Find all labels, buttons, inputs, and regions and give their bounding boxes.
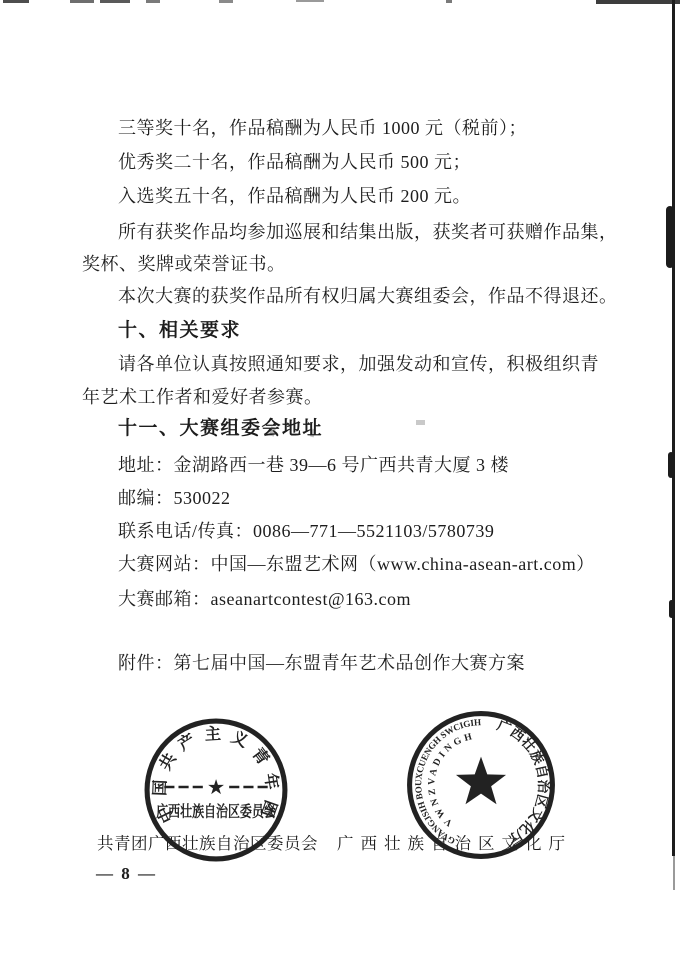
line-attachment: 附件：第七届中国—东盟青年艺术品创作大赛方案 bbox=[118, 653, 525, 675]
scan-artifact-top-mark bbox=[100, 0, 130, 3]
line-address: 地址：金湖路西一巷 39—6 号广西共青大厦 3 楼 bbox=[118, 455, 509, 477]
seal-chinese-ring-text: 广西壮族自治区文化厅 bbox=[495, 717, 552, 848]
scan-artifact-top-mark bbox=[70, 0, 94, 3]
para-requirements: 请各单位认真按照通知要求，加强发动和宣传，积极组织青 bbox=[118, 354, 599, 376]
line-phone-fax: 联系电话/传真：0086—771—5521103/5780739 bbox=[118, 521, 494, 543]
scan-artifact-top-mark bbox=[296, 0, 324, 2]
line-email: 大赛邮箱：aseanartcontest@163.com bbox=[118, 589, 411, 611]
scan-artifact-right-edge-blob bbox=[668, 452, 674, 478]
scan-artifact-top-mark bbox=[596, 0, 680, 4]
heading-requirements: 十、相关要求 bbox=[118, 320, 241, 343]
scan-artifact-top-mark bbox=[446, 0, 452, 3]
line-postcode: 邮编：530022 bbox=[118, 488, 231, 510]
heading-committee-address: 十一、大赛组委会地址 bbox=[118, 418, 323, 441]
prize-line-excellence: 优秀奖二十名，作品稿酬为人民币 500 元； bbox=[118, 152, 471, 174]
star-icon: ★ bbox=[207, 777, 225, 799]
scan-artifact-right-edge-blob bbox=[669, 600, 674, 618]
scan-artifact-top-mark bbox=[146, 0, 160, 3]
culture-department-seal: GVANGJSIH BOUXCUENGH SWCIGIH VWNZVADINGH… bbox=[404, 708, 558, 862]
star-icon bbox=[456, 757, 506, 805]
para-exhibition: 所有获奖作品均参加巡展和结集出版，获奖者可获赠作品集， bbox=[118, 222, 618, 244]
line-website: 大赛网站：中国—东盟艺术网（www.china-asean-art.com） bbox=[118, 554, 595, 576]
prize-line-selected: 入选奖五十名，作品稿酬为人民币 200 元。 bbox=[118, 186, 471, 208]
document-page: 三等奖十名，作品稿酬为人民币 1000 元（税前）； 优秀奖二十名，作品稿酬为人… bbox=[0, 0, 680, 959]
scan-artifact-right-edge-line bbox=[672, 0, 675, 856]
scan-artifact-top-mark bbox=[219, 0, 233, 3]
para-ownership: 本次大赛的获奖作品所有权归属大赛组委会，作品不得退还。 bbox=[118, 286, 618, 308]
para-exhibition-cont: 奖杯、奖牌或荣誉证书。 bbox=[82, 254, 286, 276]
seal-bottom-text: 广西壮族自治区委员会 bbox=[156, 802, 276, 820]
page-number: — 8 — bbox=[96, 864, 157, 884]
youth-league-seal: 中国共产主义青年团 ★ 广西壮族自治区委员会 bbox=[142, 716, 290, 864]
scan-artifact-right-edge-blob bbox=[666, 206, 674, 268]
scan-artifact-right-edge-tail bbox=[673, 856, 675, 890]
prize-line-third: 三等奖十名，作品稿酬为人民币 1000 元（税前）； bbox=[118, 118, 527, 140]
para-requirements-cont: 年艺术工作者和爱好者参赛。 bbox=[82, 387, 323, 409]
scan-artifact-speck bbox=[416, 420, 425, 425]
svg-text:广西壮族自治区文化厅: 广西壮族自治区文化厅 bbox=[495, 717, 552, 848]
scan-artifact-top-mark bbox=[3, 0, 29, 3]
